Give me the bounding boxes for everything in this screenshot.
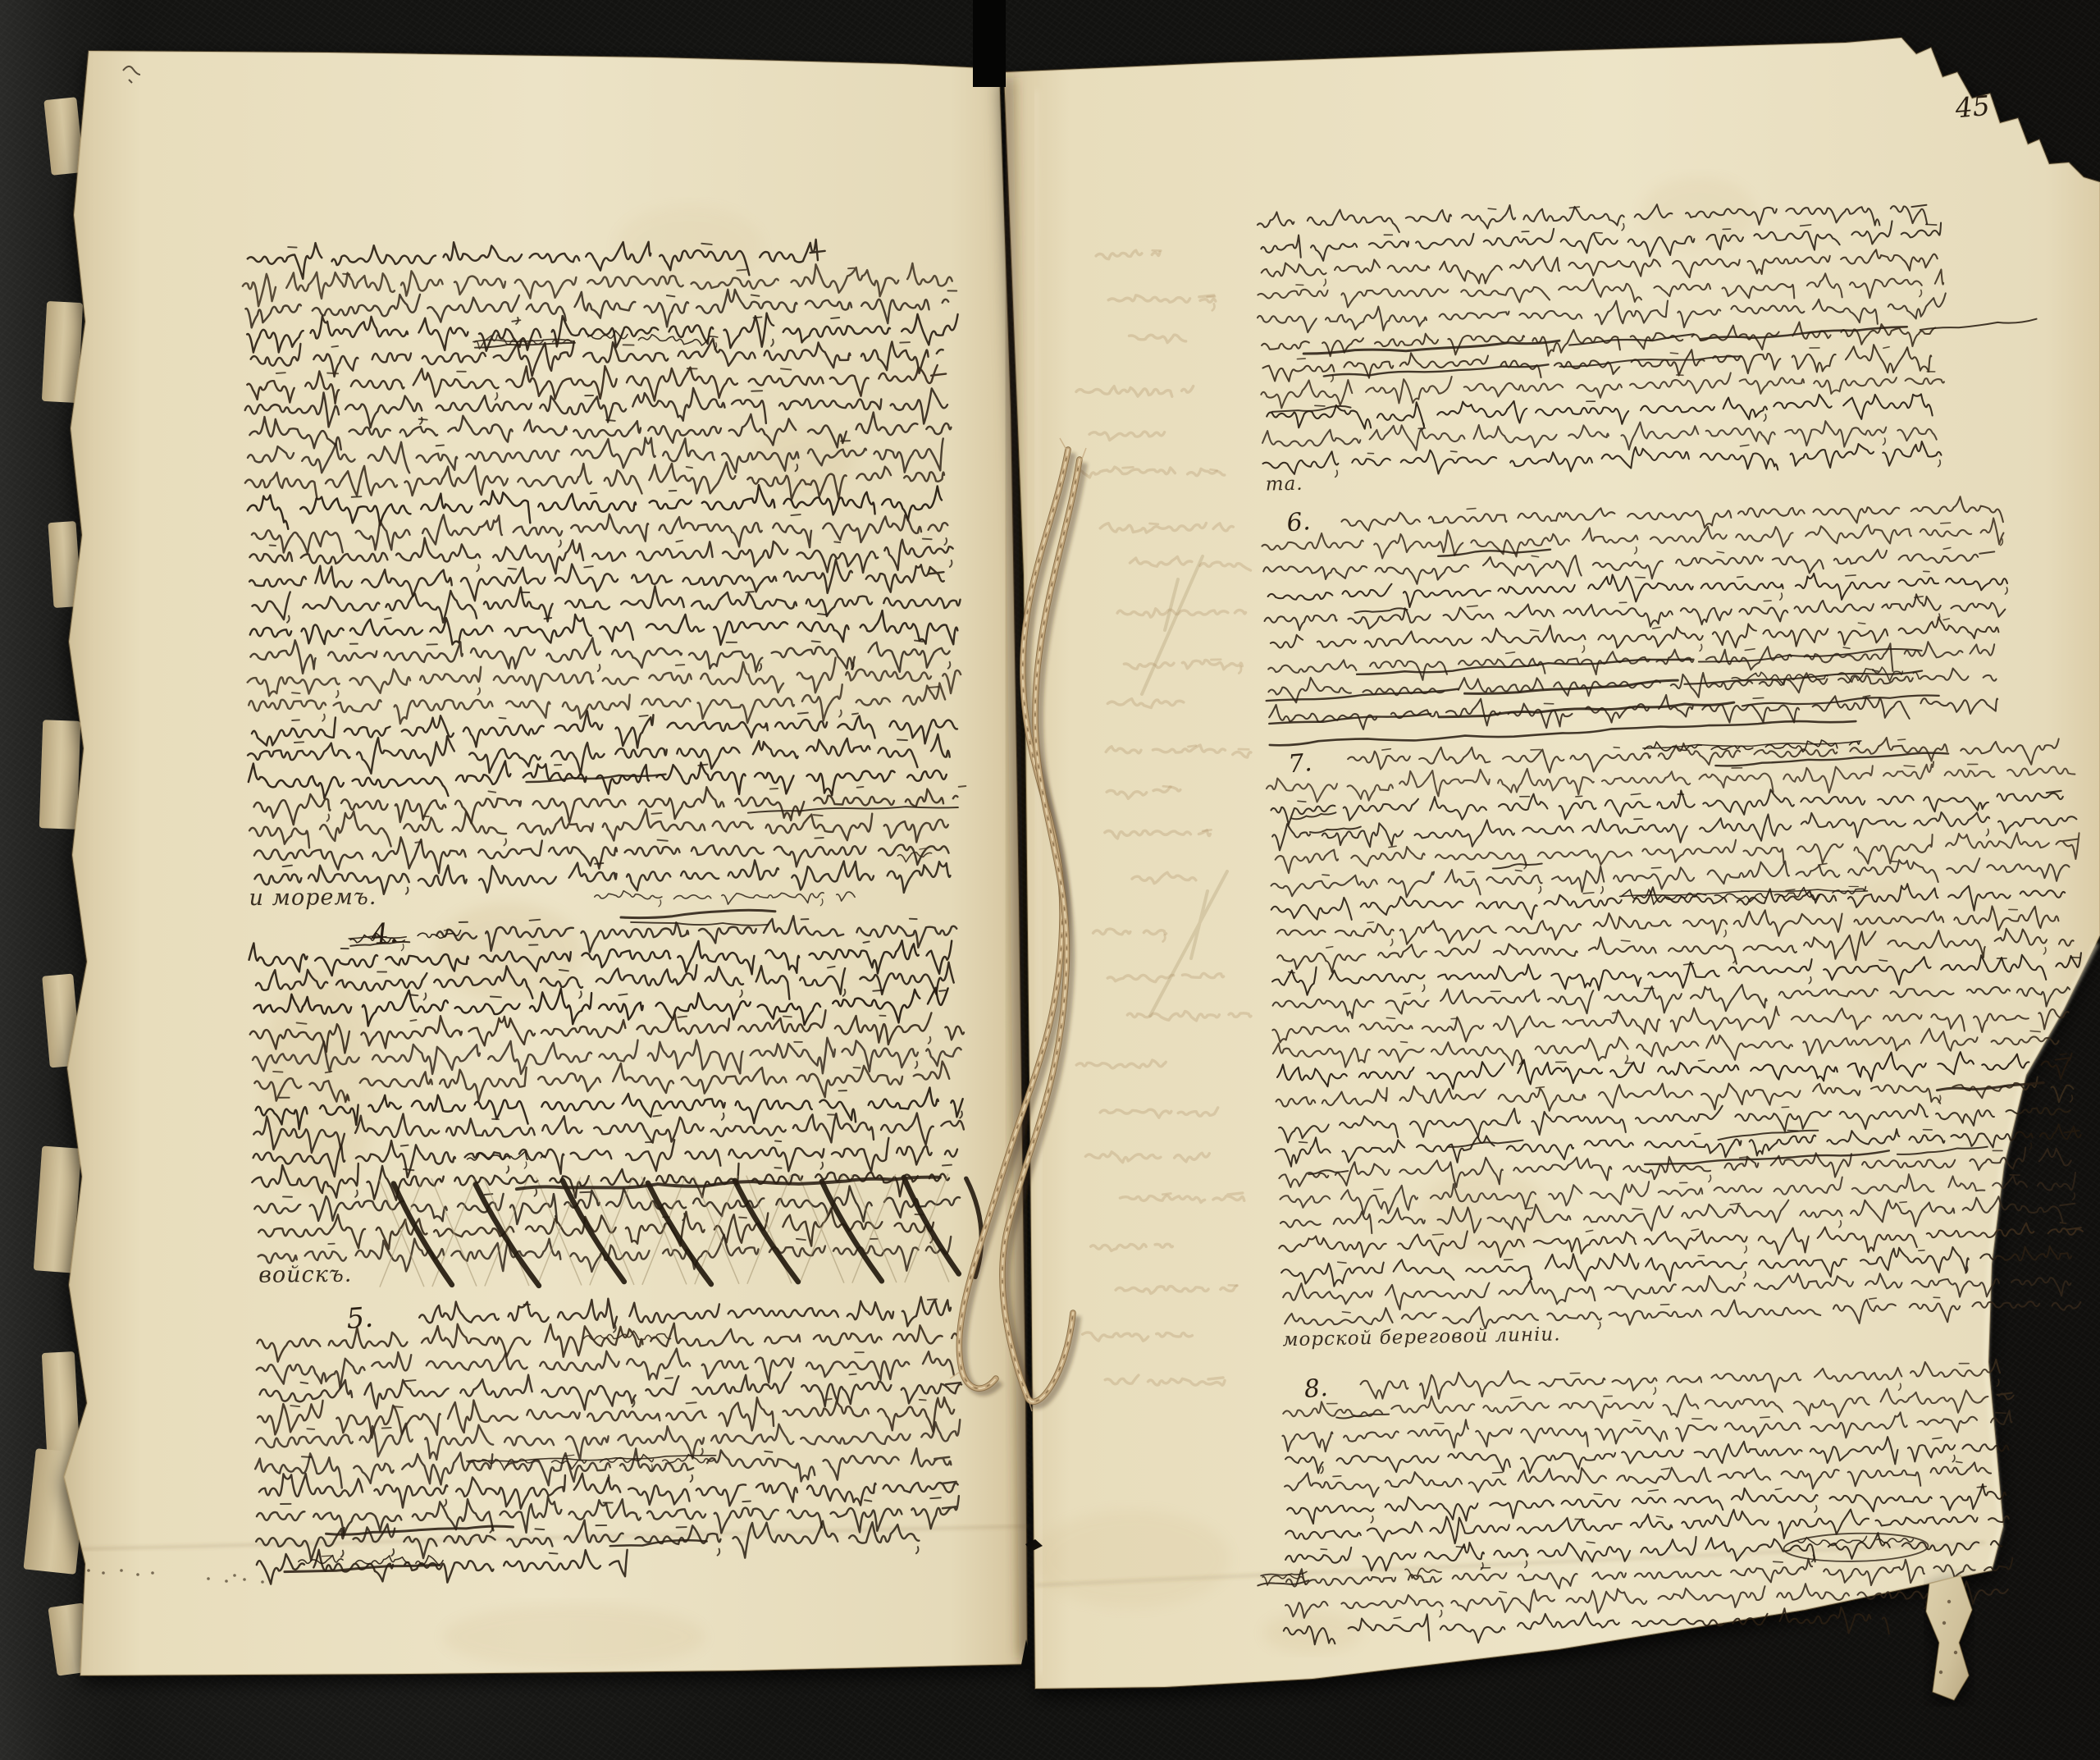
left-page-paper — [64, 51, 1027, 1675]
scrap-speckle — [1939, 1671, 1942, 1674]
legible-handwriting-fragment: войскъ. — [258, 1262, 352, 1288]
ink-dot — [120, 1569, 123, 1572]
torn-paper-scrap — [1926, 1575, 1972, 1700]
paper-stain — [615, 205, 763, 287]
scrap-speckle — [1954, 1651, 1957, 1654]
paper-stain — [1034, 1510, 1230, 1608]
right-page-paper — [1004, 38, 2100, 1689]
ink-dot — [225, 1579, 228, 1583]
page-number: 45 — [1953, 89, 1991, 125]
scrap-speckle — [1942, 1621, 1946, 1625]
ink-dot — [136, 1573, 139, 1576]
ink-dot — [151, 1571, 154, 1575]
handwriting-diacritics — [322, 1556, 332, 1557]
paragraph-number: 5. — [345, 1301, 374, 1336]
paragraph-number: 8. — [1303, 1374, 1329, 1404]
legible-handwriting-fragment: и моремъ. — [249, 885, 377, 911]
paper-stain — [1419, 1169, 1550, 1259]
handwriting-diacritics — [1203, 830, 1211, 830]
handwriting-diacritics — [1150, 523, 1158, 524]
handwriting-diacritics — [550, 1553, 558, 1554]
manuscript-photo: и моремъ.войскъ.4.5. та.морской берегово… — [0, 0, 2100, 1760]
binding-slot-shadow-top — [973, 0, 1006, 87]
handwriting-diacritics — [1467, 509, 1476, 510]
handwriting-diacritics — [687, 467, 692, 468]
torn-edge-tab — [42, 1351, 80, 1455]
torn-edge-tab — [39, 720, 81, 830]
torn-scrap-paper — [1926, 1575, 1972, 1700]
paragraph-number: 7. — [1287, 748, 1313, 779]
ink-dot — [261, 1580, 264, 1584]
scrap-speckle — [1947, 1600, 1951, 1603]
manuscript-scan: и моремъ.войскъ.4.5. та.морской берегово… — [0, 0, 2100, 1760]
ink-dot — [233, 1574, 236, 1577]
ink-dot — [87, 1569, 90, 1572]
paragraph-number: 6. — [1285, 507, 1312, 537]
legible-handwriting-fragment: та. — [1265, 473, 1303, 496]
ink-dot — [207, 1577, 210, 1580]
paragraph-number: 4. — [369, 917, 399, 952]
handwriting-diacritics — [445, 930, 451, 930]
ink-dot — [102, 1571, 105, 1575]
handwriting-diacritics — [1163, 786, 1171, 787]
paper-stain — [443, 1604, 705, 1670]
handwriting-diacritics — [1162, 1194, 1171, 1195]
ink-dot — [243, 1578, 246, 1581]
